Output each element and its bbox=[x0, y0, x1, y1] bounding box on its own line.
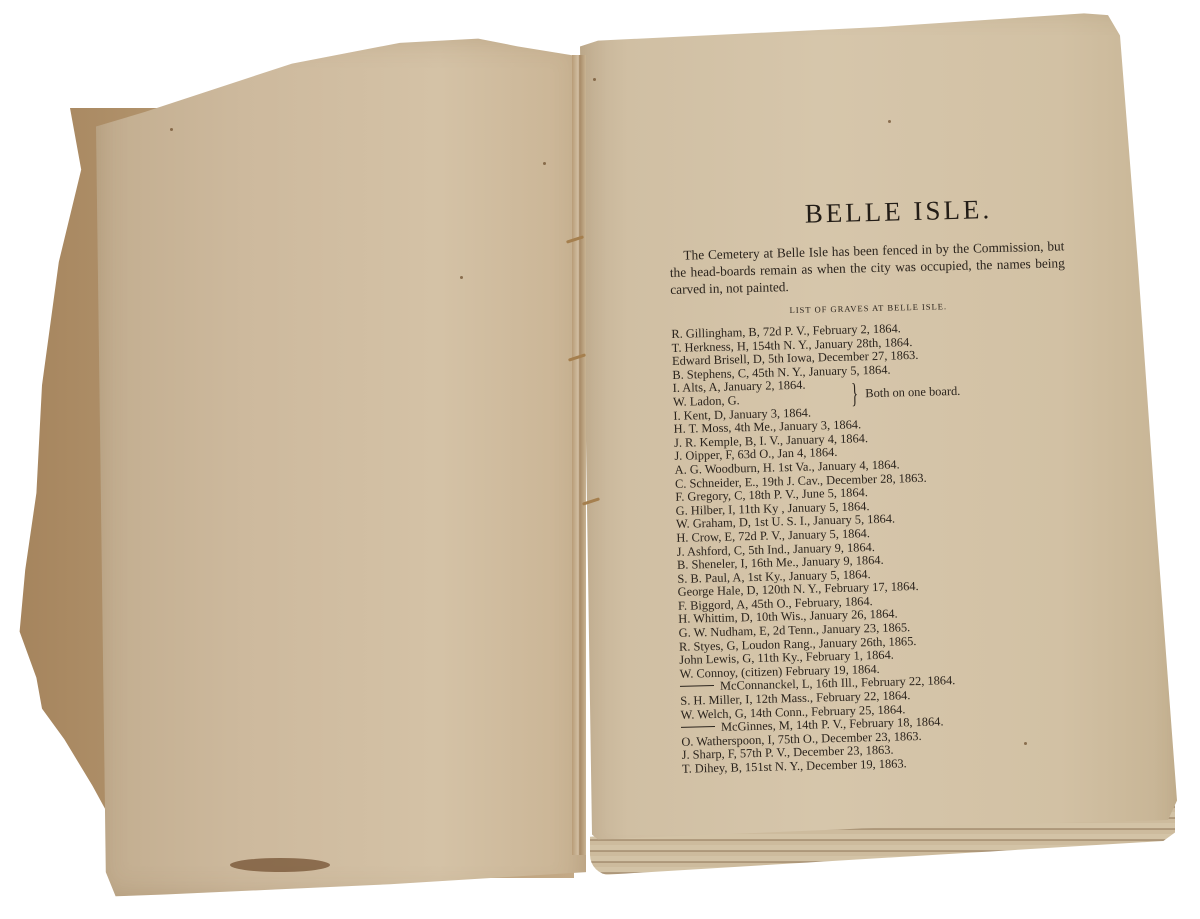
book-spine bbox=[572, 55, 586, 855]
page-stain bbox=[230, 858, 330, 872]
ditto-dash bbox=[681, 726, 715, 728]
foxing-spot bbox=[593, 78, 596, 81]
foxing-spot bbox=[543, 162, 546, 165]
list-heading: LIST OF GRAVES AT BELLE ISLE. bbox=[671, 298, 1066, 318]
foxing-spot bbox=[170, 128, 173, 131]
left-page-blank bbox=[96, 36, 586, 898]
printed-page-content: BELLE ISLE. The Cemetery at Belle Isle h… bbox=[668, 186, 1102, 777]
ditto-dash bbox=[680, 685, 714, 687]
page-title: BELLE ISLE. bbox=[708, 192, 1089, 232]
brace-annotation: } Both on one board. bbox=[848, 378, 961, 409]
brace-note-text: Both on one board. bbox=[865, 385, 960, 401]
foxing-spot bbox=[888, 120, 891, 123]
brace-icon: } bbox=[851, 380, 858, 408]
intro-paragraph: The Cemetery at Belle Isle has been fenc… bbox=[669, 237, 1065, 298]
graves-list-wrapper: R. Gillingham, B, 72d P. V., February 2,… bbox=[671, 318, 1102, 777]
open-book-photo: BELLE ISLE. The Cemetery at Belle Isle h… bbox=[0, 0, 1200, 919]
foxing-spot bbox=[460, 276, 463, 279]
